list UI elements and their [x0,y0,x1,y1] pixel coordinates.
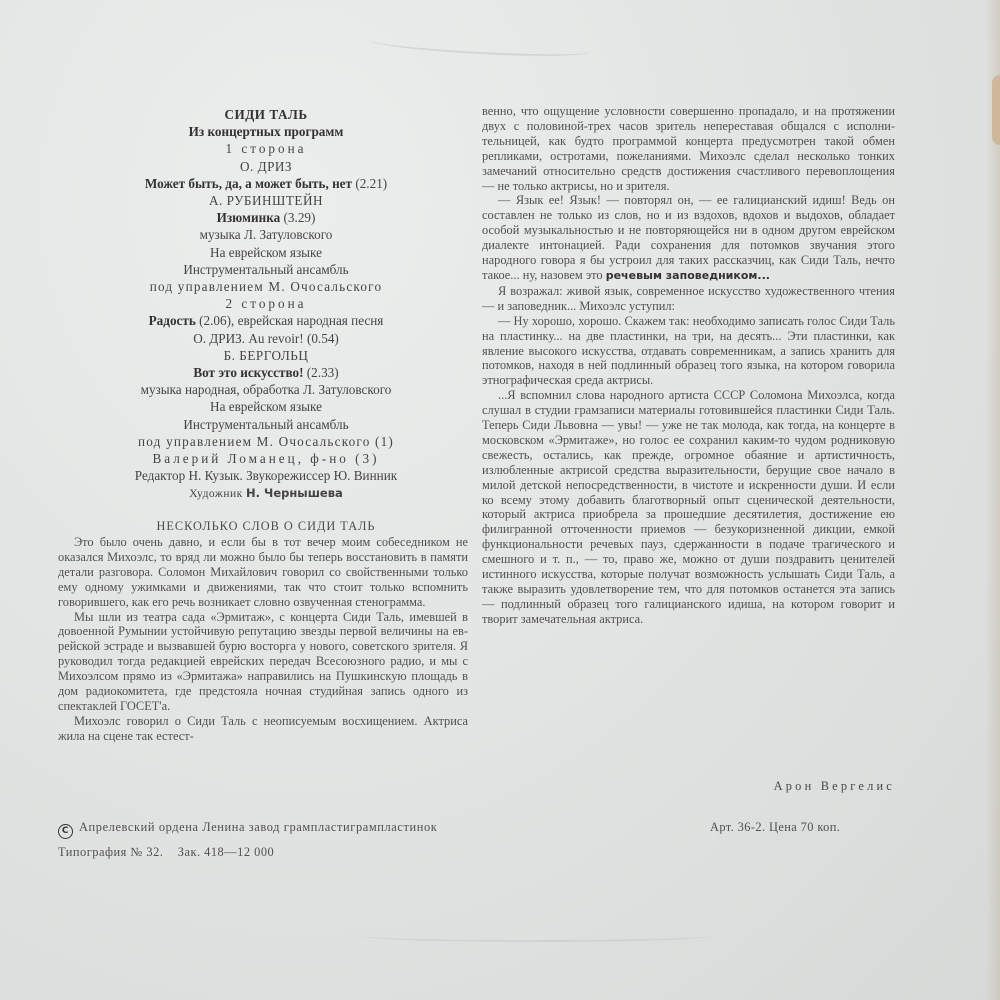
side-2-track-1-details: (2.06), еврейская народная песня [199,313,383,328]
article-title: НЕСКОЛЬКО СЛОВ О СИДИ ТАЛЬ [62,519,470,534]
track-2-title: Изюминка [217,210,281,225]
track-1-duration: (2.21) [355,176,387,191]
track-2-duration: (3.29) [284,210,316,225]
editors-credit: Редактор Н. Кузык. Звукорежиссер Ю. Винн… [62,467,470,484]
side-2-track-3-author: Б. БЕРГОЛЬЦ [62,347,470,364]
thumb-at-edge [992,75,1000,145]
album-artist-title: СИДИ ТАЛЬ [62,106,470,123]
article-paragraph: Я возражал: живой язык, современное иску… [482,284,895,314]
printing-info: Типография № 32. Зак. 418—12 000 [58,845,274,860]
track-2: Изюминка (3.29) [62,209,470,226]
side-2-ensemble: Инструментальный ансамбль [62,416,470,433]
article-column-right: венно, что ощущение условности совершенн… [482,104,895,627]
side-2-conductor: под управлением М. Очосальского (1) [62,433,470,450]
side-1-conductor: под управлением М. Очосальского [62,278,470,295]
side-1-language: На еврейском языке [62,244,470,261]
article-paragraph: Это было очень давно, и если бы в тот ве… [58,535,468,610]
side-2-label: 2 сторона [62,295,470,312]
side-1-label: 1 сторона [62,140,470,157]
article-author-signature: Арон Вергелис [482,779,895,794]
side-2-music: музыка народная, обработка Л. Затуловско… [62,381,470,398]
side-2-track-3: Вот это искусство! (2.33) [62,364,470,381]
article-paragraph: Михоэлс говорил о Сиди Таль с неописуемы… [58,714,468,744]
artist-name: Н. Чернышева [246,486,343,500]
side-2-language: На еврейском языке [62,398,470,415]
article-paragraph: Мы шли из театра сада «Эрмитаж», с конце… [58,610,468,714]
side-1-music: музыка Л. Затуловского [62,226,470,243]
article-paragraph: — Язык ее! Язык! — повторял он, — ее гал… [482,193,895,283]
track-credits: СИДИ ТАЛЬ Из концертных программ 1 сторо… [62,106,470,504]
artist-credit: Художник Н. Чернышева [62,484,470,503]
side-2-track-1-title: Радость [149,313,196,328]
article-paragraph: ...Я вспомнил слова народного артиста СС… [482,388,895,627]
sleeve-right-edge [986,0,1000,1000]
track-1-author: О. ДРИЗ [62,158,470,175]
album-subtitle: Из концертных программ [62,123,470,140]
quote-emphasis: речевым заповедником... [606,269,770,282]
article-column-left: Это было очень давно, и если бы в тот ве… [58,535,468,744]
side-2-pianist: Валерий Ломанец, ф-но (3) [62,450,470,467]
publisher-line: CАпрелевский ордена Ленина завод грампла… [58,820,437,839]
track-1-title: Может быть, да, а может быть, нет [145,176,352,191]
faint-bleed-through-mark [360,930,710,942]
copyright-icon: C [58,824,73,839]
track-1: Может быть, да, а может быть, нет (2.21) [62,175,470,192]
side-2-track-2: О. ДРИЗ. Au revoir! (0.54) [62,330,470,347]
track-2-author: А. РУБИНШТЕЙН [62,192,470,209]
side-1-ensemble: Инструментальный ансамбль [62,261,470,278]
side-2-track-3-title: Вот это искусство! [193,365,303,380]
side-2-track-1: Радость (2.06), еврейская народная песня [62,312,470,329]
catalog-price: Арт. 36-2. Цена 70 коп. [710,820,840,835]
artist-label: Художник [189,488,242,500]
article-paragraph: венно, что ощущение условности совершенн… [482,104,895,193]
article-paragraph: — Ну хорошо, хорошо. Скажем так: необход… [482,314,895,389]
publisher-name: Апрелевский ордена Ленина завод грамплас… [79,820,437,834]
side-2-track-3-duration: (2.33) [307,365,339,380]
